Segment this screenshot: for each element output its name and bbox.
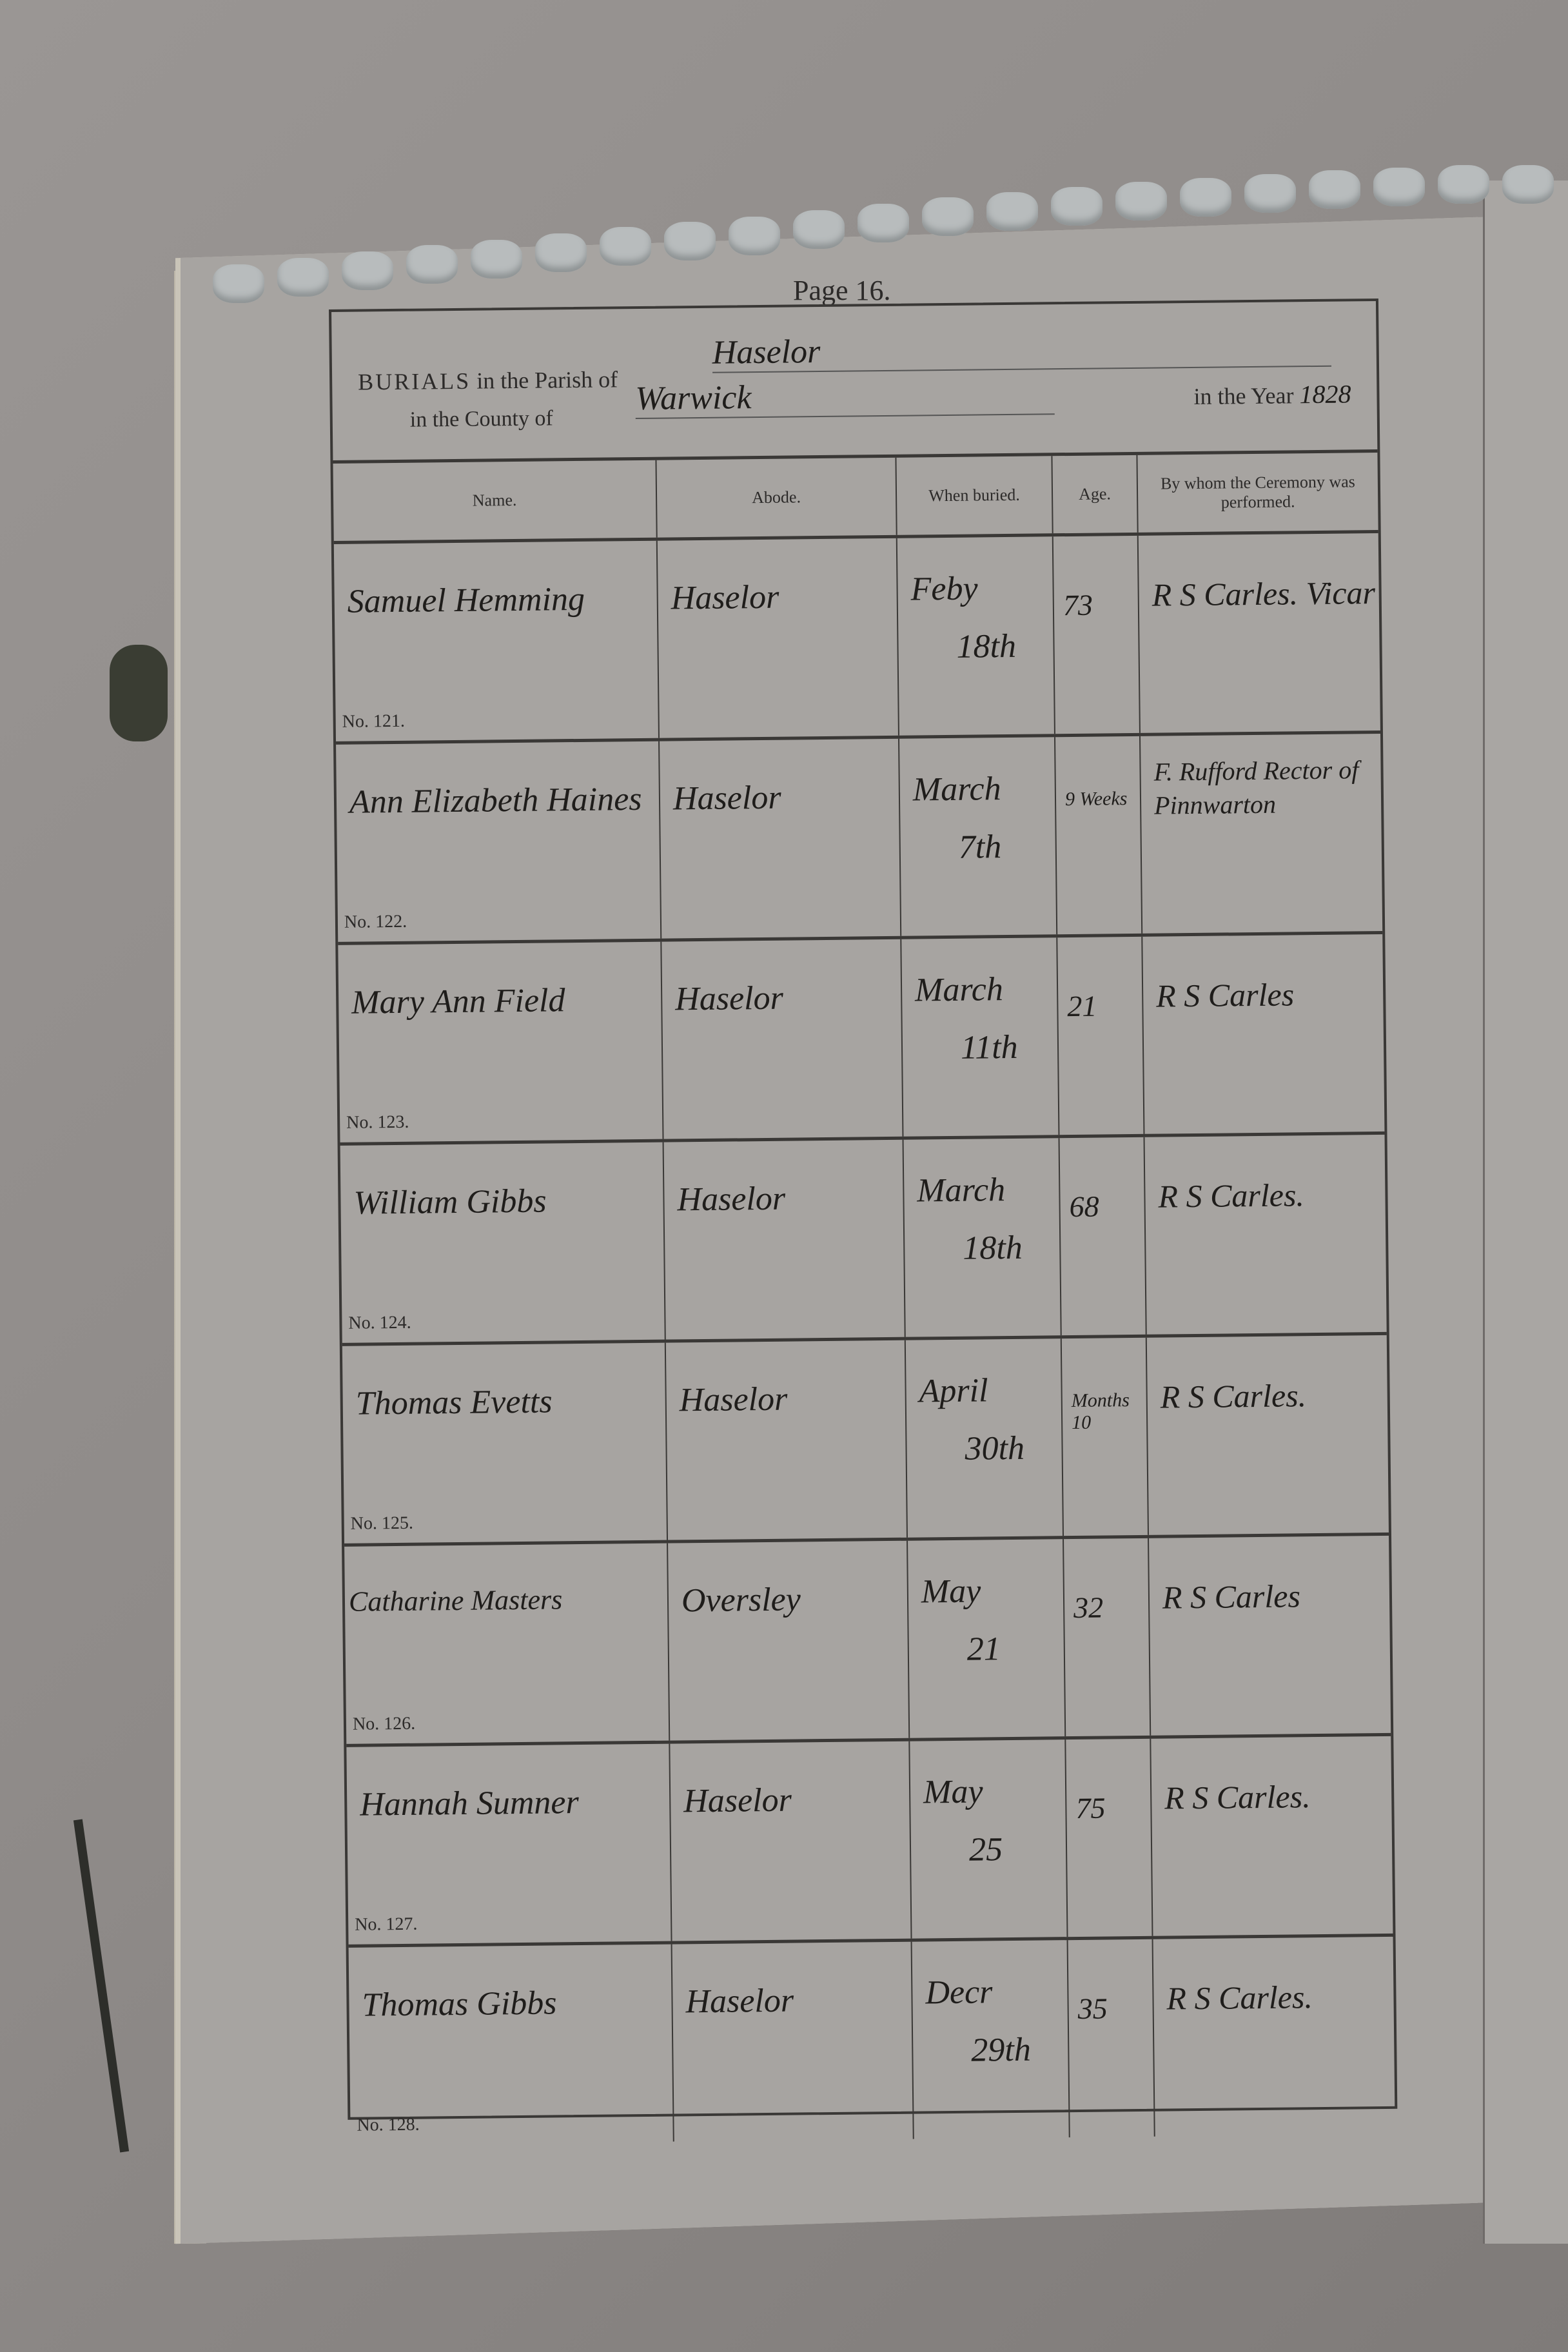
entry-officiant: R S Carles [1162,1575,1301,1618]
entry-number: No. 125. [351,1513,414,1534]
parish-prefix: in the Parish of [476,366,618,393]
entry-name: William Gibbs [353,1182,547,1222]
entry-day: 11th [961,1028,1018,1067]
column-headers: Name. Abode. When buried. Age. By whom t… [333,453,1378,544]
entry-month: March [913,770,1001,808]
year-line: in the Year 1828 [1193,378,1351,411]
binding-bead [664,222,716,260]
binding-bead [1115,182,1167,220]
entry-month: March [915,970,1003,1009]
parish-field: Haselor [712,328,1331,373]
entry-number: No. 126. [353,1714,416,1735]
entry-age: 68 [1069,1190,1099,1224]
entry-name: Samuel Hemming [347,580,585,621]
binding-bead [793,210,845,249]
entry-month: Feby [910,569,978,608]
entry-day: 29th [971,2031,1031,2070]
binding-thread [110,645,168,741]
entry-day: 7th [958,828,1001,867]
binding-bead [406,245,458,284]
entry-month: March [917,1171,1005,1210]
entry-officiant: F. Rufford Rector of Pinnwarton [1153,753,1381,823]
table-row: Samuel HemmingNo. 121. Haselor Feby18th … [334,533,1380,745]
facing-page [1483,181,1568,2244]
entry-name: Ann Elizabeth Haines [349,780,642,821]
year-prefix: in the Year [1193,382,1293,409]
entry-number: No. 122. [344,912,407,933]
entry-age: Months 10 [1072,1389,1147,1434]
col-when-buried: When buried. [896,456,1053,535]
entry-abode: Haselor [679,1380,787,1420]
binding-bead [600,227,651,266]
binding-bead [922,197,974,236]
entry-number: No. 121. [342,711,406,732]
binding-bead [535,233,587,272]
entry-age: 9 Weeks [1065,788,1128,810]
entry-officiant: R S Carles [1156,974,1295,1016]
entry-day: 25 [969,1830,1003,1869]
binding-bead [857,204,909,242]
entry-day: 18th [963,1229,1023,1268]
binding-bead [342,251,393,290]
entry-officiant: R S Carles. Vicar [1151,572,1375,616]
entry-age: 21 [1067,989,1097,1023]
county-field: Warwick [635,375,1055,419]
entry-abode: Haselor [675,979,783,1019]
col-age: Age. [1052,455,1138,533]
binding-bead [1438,165,1489,204]
col-name: Name. [333,460,658,541]
binding-bead [1309,170,1360,209]
county-prefix: in the County of [410,406,553,432]
binding-bead [1373,168,1425,206]
binding-bead [213,264,264,303]
table-row: Catharine MastersNo. 126. Oversley May21… [344,1536,1391,1747]
binding-bead [277,258,329,297]
entry-abode: Oversley [681,1580,801,1620]
binding-bead [1244,174,1296,213]
entry-name: Thomas Evetts [355,1382,552,1422]
entry-month: May [921,1573,981,1611]
entry-month: May [923,1773,983,1812]
entry-age: 75 [1075,1791,1106,1825]
binding-bead [986,192,1038,231]
table-row: Mary Ann FieldNo. 123. Haselor March11th… [338,934,1384,1146]
entry-month: April [919,1371,988,1410]
entry-day: 18th [956,627,1016,666]
entry-abode: Haselor [671,578,779,618]
entry-abode: Haselor [683,1781,792,1821]
burials-label: BURIALS [358,368,471,395]
table-row: Ann Elizabeth HainesNo. 122. Haselor Mar… [336,734,1382,945]
entry-number: No. 128. [357,2115,420,2136]
table-row: William GibbsNo. 124. Haselor March18th … [340,1135,1387,1346]
register-header: BURIALS in the Parish of Haselor in the … [331,301,1377,464]
entry-abode: Haselor [673,779,781,818]
table-row: Thomas GibbsNo. 128. Haselor Decr29th 35… [349,1937,1395,2145]
entry-officiant: R S Carles. [1160,1375,1306,1417]
entry-age: 35 [1077,1991,1108,2025]
binding-bead [1051,187,1102,226]
binding-bead [729,217,780,255]
col-abode: Abode. [656,458,897,538]
entry-name: Mary Ann Field [351,981,565,1021]
page-number: Page 16. [793,274,891,307]
entry-day: 30th [965,1429,1024,1468]
entry-name: Thomas Gibbs [362,1984,557,2024]
entry-age: 73 [1063,588,1093,622]
binding-bead [471,240,522,279]
binding-bead [1180,178,1231,217]
entry-month: Decr [925,1973,993,2012]
entry-number: No. 123. [346,1112,409,1133]
year-value: 1828 [1299,379,1351,409]
col-officiant: By whom the Ceremony was performed. [1137,453,1378,533]
binding-bead [1502,165,1554,204]
table-row: Hannah SumnerNo. 127. Haselor May25 75 R… [346,1736,1393,1948]
entry-officiant: R S Carles. [1166,1976,1313,2019]
burial-register-table: BURIALS in the Parish of Haselor in the … [329,299,1397,2120]
entry-number: No. 124. [348,1313,411,1334]
entry-officiant: R S Carles. [1164,1776,1311,1818]
entry-abode: Haselor [677,1180,785,1219]
entry-officiant: R S Carles. [1158,1174,1304,1217]
parish-line: BURIALS in the Parish of [358,366,618,395]
entry-number: No. 127. [355,1914,418,1935]
table-row: Thomas EvettsNo. 125. Haselor April30th … [342,1335,1389,1547]
entry-name: Hannah Sumner [360,1783,579,1824]
entry-abode: Haselor [685,1982,794,2021]
entry-age: 32 [1073,1591,1104,1625]
entry-day: 21 [967,1630,1001,1669]
entry-name: Catharine Masters [349,1583,563,1618]
